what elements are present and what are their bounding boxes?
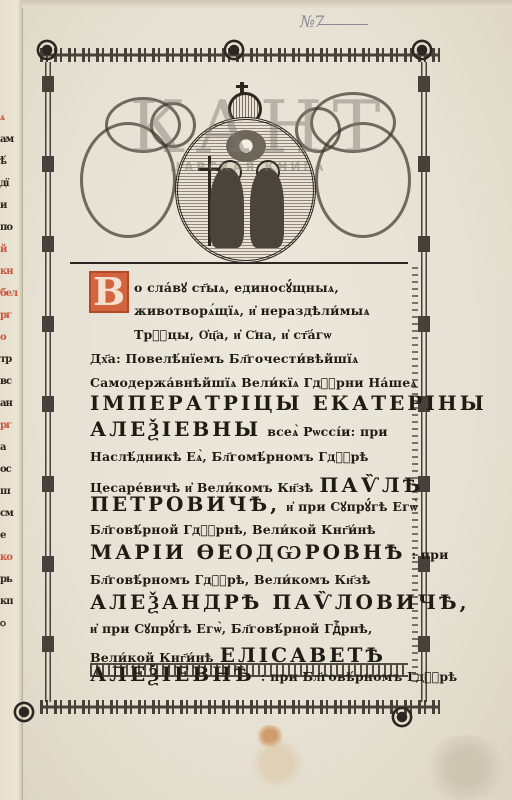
previous-page-edge: ѧамѣ́дїипойкнбелрготрвсанргаосшсмекорькп… (0, 0, 23, 800)
watermark-subtitle: ЦАРСКАЯ КНИГА (170, 160, 326, 174)
text-line-main: Самодержа́внѣйшїѧ Вели́кїѧ Гдⷭ҇рни На́ше… (90, 375, 417, 391)
border-left-ornament (42, 62, 54, 702)
previous-page-text-fragment: ан (0, 398, 12, 409)
corner-ornament-top-left (35, 38, 59, 62)
text-line-main: о слáвꙋ ст҃ыѧ, единосꙋ́щныѧ, (134, 279, 339, 296)
text-line: Дх҃а: Повелѣ́нїемъ Бл҃гочести́вѣйшїѧ (90, 351, 410, 367)
text-line: Самодержа́внѣйшїѧ Вели́кїѧ Гдⷭ҇рни На́ше… (90, 375, 410, 391)
corner-ornament-bottom-left (12, 700, 36, 724)
text-line: о слáвꙋ ст҃ыѧ, единосꙋ́щныѧ, (134, 279, 454, 296)
text-line: животворѧ́щїѧ, и҆ нераздѣли́мыѧ (134, 303, 454, 319)
previous-page-text-fragment: рь (0, 574, 12, 585)
text-line-main: МАРІИ ѲЕОДѠРОВНѢ (90, 540, 405, 565)
text-bottom-ornament-rule (90, 663, 408, 677)
previous-page-text-fragment: тр (0, 354, 11, 365)
text-line-main: ПЕТРОВИЧѢ, (90, 492, 280, 516)
text-line: Бл҃говѣ́рномъ Гдⷭ҇рѣ, Вели́комъ Кн҃зѣ (90, 572, 410, 588)
shelfmark-annotation: №7 (300, 12, 323, 31)
page-top-edge (22, 0, 512, 8)
dirt-smudge (420, 735, 512, 800)
text-line-main: Наслѣ́дникѣ Еѧ̀, Бл҃гомѣ́рномъ Гдⷭ҇рѣ (90, 449, 369, 465)
previous-page-text-fragment: кп (0, 596, 13, 607)
previous-page-text-fragment: рг (0, 310, 11, 321)
text-line-main: АЛЕѮАНДРѢ ПАѶЛОВИЧѢ, (90, 590, 470, 615)
watermark: КАНТ (60, 85, 460, 169)
text-line: ІМПЕРАТРІЦЫ ЕКАТЕРІНЫ (90, 391, 410, 415)
corner-ornament-top-right (410, 38, 434, 62)
water-stain (250, 738, 305, 788)
previous-page-text-fragment: о (0, 332, 6, 343)
previous-page-text-fragment: а (0, 442, 5, 453)
seated-figure-right (250, 168, 284, 248)
text-line-main: Трⷪ҇цы, О҆ц҃а, и҆ С҃на, и҆ ст҃а́гѡ (134, 327, 332, 343)
text-line-tail: : при (411, 547, 448, 562)
text-line-tail: всеѧ̀ Рѡссі́и: при (267, 424, 388, 440)
previous-page-text-fragment: ко (0, 552, 12, 563)
corner-ornament-bottom-right (390, 705, 414, 729)
previous-page-text-fragment: вс (0, 376, 11, 387)
previous-page-text-fragment: ш (0, 486, 10, 497)
previous-page-text-fragment: и (0, 200, 6, 211)
text-line: МАРІИ ѲЕОДѠРОВНѢ : при (90, 540, 410, 565)
seated-figure-left (210, 168, 244, 248)
text-line: Наслѣ́дникѣ Еѧ̀, Бл҃гомѣ́рномъ Гдⷭ҇рѣ (90, 449, 410, 465)
previous-page-text-fragment: рг (0, 420, 11, 431)
top-center-ornament (222, 38, 246, 62)
previous-page-text-fragment: см (0, 508, 13, 519)
text-line-main: ІМПЕРАТРІЦЫ ЕКАТЕРІНЫ (90, 391, 487, 415)
previous-page-text-fragment: ос (0, 464, 11, 475)
text-line-main: Дх҃а: Повелѣ́нїемъ Бл҃гочести́вѣйшїѧ (90, 351, 358, 367)
text-line-main: Бл҃говѣ́рномъ Гдⷭ҇рѣ, Вели́комъ Кн҃зѣ (90, 572, 371, 588)
previous-page-text-fragment: бел (0, 288, 17, 299)
text-line: АЛЕѮАНДРѢ ПАѶЛОВИЧѢ, (90, 590, 410, 615)
previous-page-text-fragment: дї (0, 178, 8, 189)
text-line: и҆ при Сꙋпрꙋ́гѣ Егѡ̀, Бл҃говѣ́рной Гдⷭ҇р… (90, 620, 410, 637)
text-line: Трⷪ҇цы, О҆ц҃а, и҆ С҃на, и҆ ст҃а́гѡ (134, 327, 454, 343)
previous-page-text-fragment: ам (0, 134, 13, 145)
previous-page-text-fragment: ѣ́ (0, 156, 6, 167)
text-line-main: АЛЕѮІЕВНЫ (90, 417, 261, 442)
text-line-tail: и҆ при Сꙋпрꙋ́гѣ Егѡ̀ (286, 498, 418, 515)
text-line: ПЕТРОВИЧѢ, и҆ при Сꙋпрꙋ́гѣ Егѡ̀ (90, 492, 410, 516)
text-line-main: Бл҃говѣ́рной Гдⷭ҇рнѣ, Вели́кой Кнг҃и́нѣ (90, 522, 376, 538)
text-line: АЛЕѮІЕВНЫ всеѧ̀ Рѡссі́и: при (90, 417, 410, 442)
text-block-side-rule (412, 262, 418, 682)
previous-page-text-fragment: ѧ (0, 112, 4, 123)
decorated-initial-letter: В (89, 271, 129, 313)
previous-page-text-fragment: кн (0, 266, 13, 277)
text-line-main: и҆ при Сꙋпрꙋ́гѣ Егѡ̀, Бл҃говѣ́рной Гдⷭ҇р… (90, 620, 373, 637)
text-line-main: животворѧ́щїѧ, и҆ нераздѣли́мыѧ (134, 303, 370, 319)
shelfmark-underline (318, 24, 368, 25)
text-line: Бл҃говѣ́рной Гдⷭ҇рнѣ, Вели́кой Кнг҃и́нѣ (90, 522, 410, 538)
previous-page-text-fragment: по (0, 222, 12, 233)
previous-page-text-fragment: ѻ (0, 618, 5, 629)
book-page: ѧамѣ́дїипойкнбелрготрвсанргаосшсмекорькп… (0, 0, 512, 800)
previous-page-text-fragment: е (0, 530, 5, 541)
border-bottom-ornament (40, 700, 440, 714)
previous-page-text-fragment: й (0, 244, 6, 255)
